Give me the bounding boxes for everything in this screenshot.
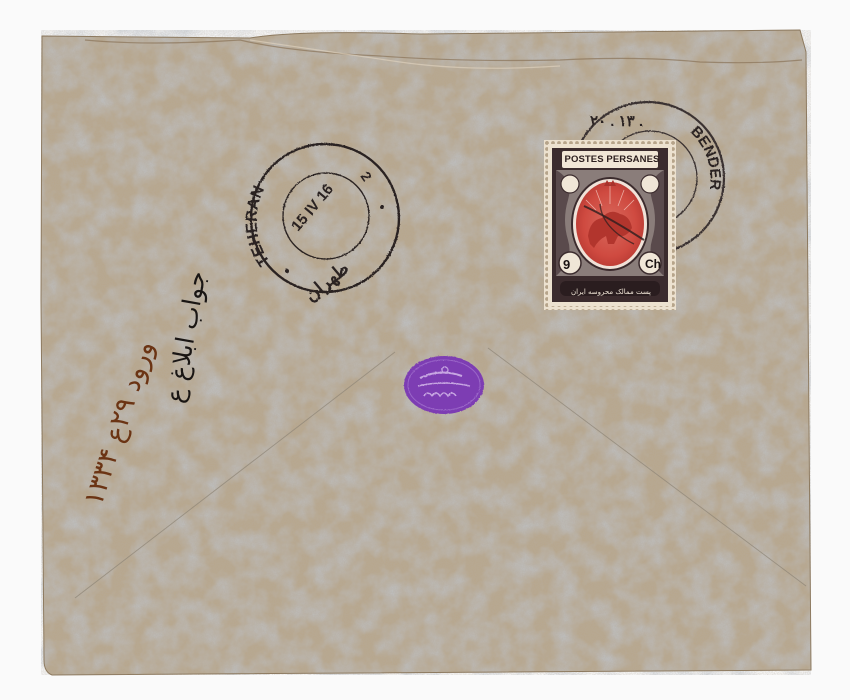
stamp-value-unit: Ch <box>645 257 661 271</box>
stamp-inscription: پست ممالک محروسه ایران <box>566 288 656 296</box>
stamp-title: POSTES PERSANES <box>564 154 660 165</box>
stamp-value-number: 9 <box>563 257 570 272</box>
scene: TEHERAN 2 15 IV 16 طهران BENDER ۲۰ . ۱۳ … <box>0 0 850 700</box>
svg-text:۲۰ . ۱۳ .: ۲۰ . ۱۳ . <box>590 113 643 130</box>
seal <box>404 356 484 414</box>
stamp-text: POSTES PERSANES 9 Ch پست ممالک محروسه ای… <box>544 140 676 310</box>
